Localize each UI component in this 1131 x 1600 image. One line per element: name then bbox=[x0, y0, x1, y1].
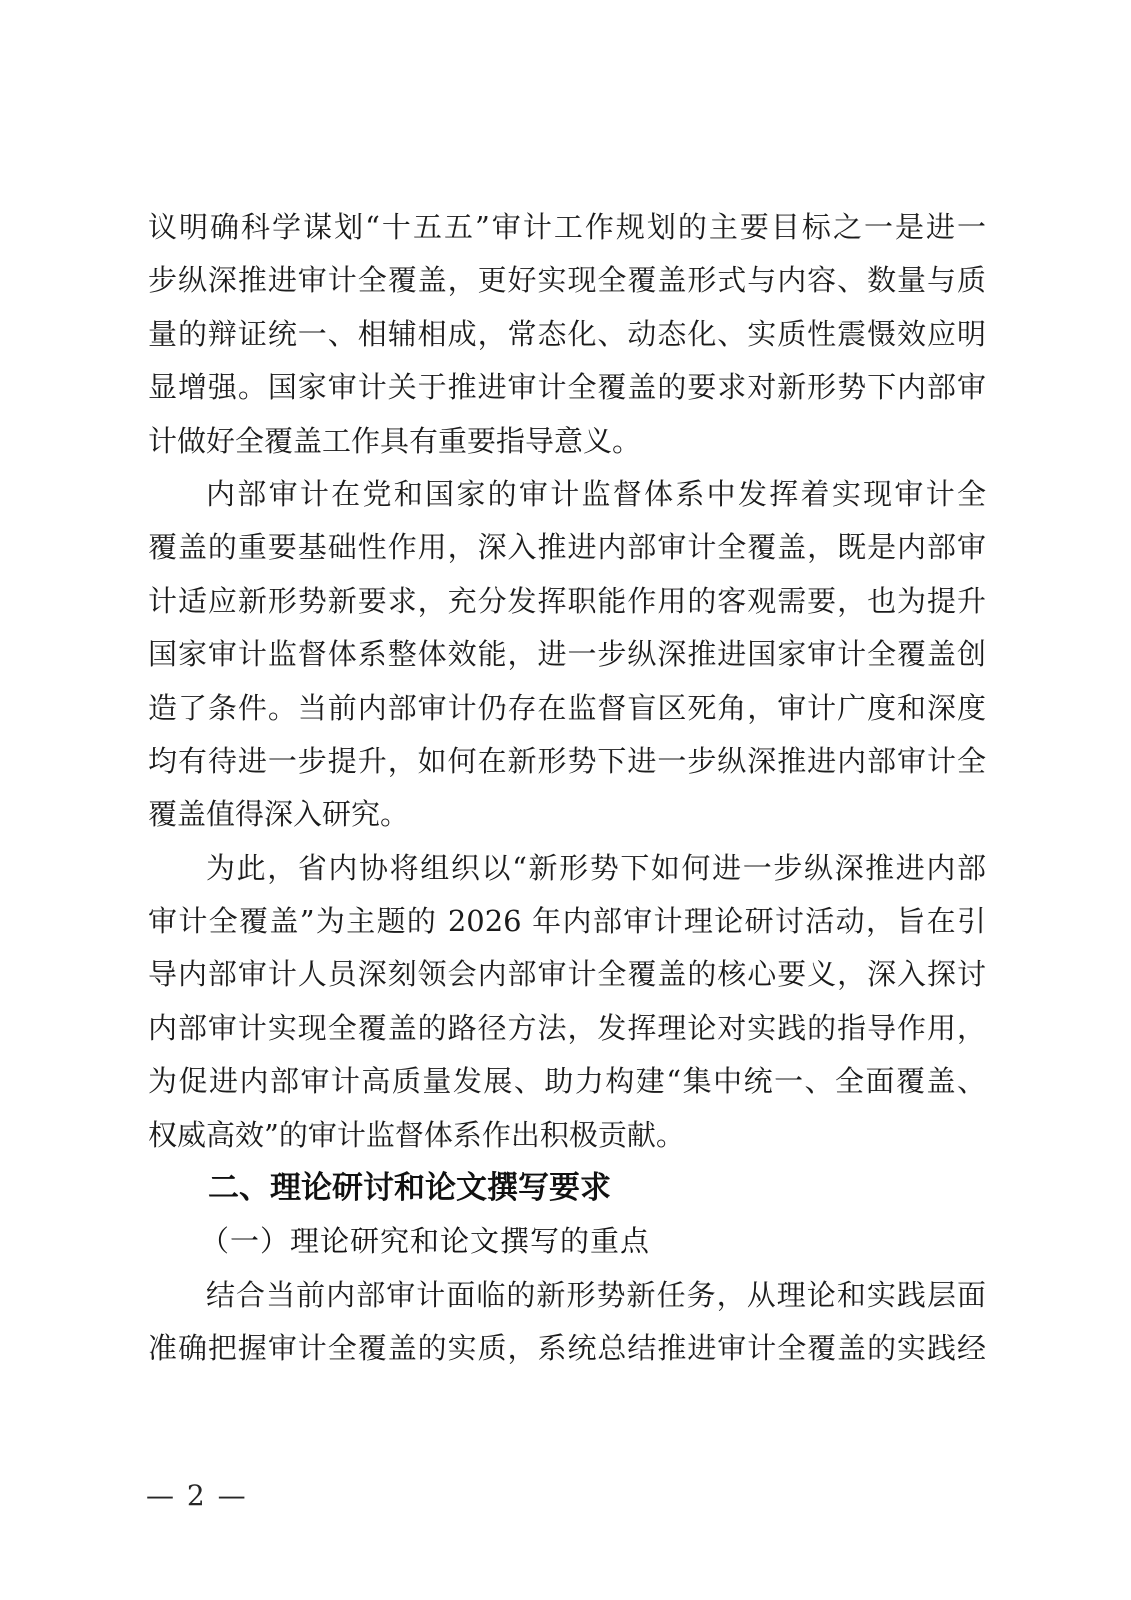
document-page: 议明确科学谋划“十五五”审计工作规划的主要目标之一是进一 步纵深推进审计全覆盖，… bbox=[0, 0, 1131, 1600]
body-line: 覆盖值得深入研究。 bbox=[148, 788, 986, 841]
page-body: 议明确科学谋划“十五五”审计工作规划的主要目标之一是进一 步纵深推进审计全覆盖，… bbox=[148, 201, 986, 1376]
body-line: 内部审计在党和国家的审计监督体系中发挥着实现审计全 bbox=[148, 468, 986, 521]
body-line: 为此，省内协将组织以“新形势下如何进一步纵深推进内部 bbox=[148, 842, 986, 895]
paragraph-3: 为此，省内协将组织以“新形势下如何进一步纵深推进内部 审计全覆盖”为主题的 20… bbox=[148, 842, 986, 1162]
body-line: 量的辩证统一、相辅相成，常态化、动态化、实质性震慑效应明 bbox=[148, 308, 986, 361]
body-line: 步纵深推进审计全覆盖，更好实现全覆盖形式与内容、数量与质 bbox=[148, 254, 986, 307]
section-heading-2: 二、理论研讨和论文撰写要求 bbox=[148, 1162, 986, 1215]
body-line: 议明确科学谋划“十五五”审计工作规划的主要目标之一是进一 bbox=[148, 201, 986, 254]
body-line: 结合当前内部审计面临的新形势新任务，从理论和实践层面 bbox=[148, 1269, 986, 1322]
body-line: 国家审计监督体系整体效能，进一步纵深推进国家审计全覆盖创 bbox=[148, 628, 986, 681]
body-line: 内部审计实现全覆盖的路径方法，发挥理论对实践的指导作用， bbox=[148, 1002, 986, 1055]
body-line: 计做好全覆盖工作具有重要指导意义。 bbox=[148, 415, 986, 468]
paragraph-continuation: 议明确科学谋划“十五五”审计工作规划的主要目标之一是进一 步纵深推进审计全覆盖，… bbox=[148, 201, 986, 468]
subsection-heading-2-1: （一）理论研究和论文撰写的重点 bbox=[148, 1215, 986, 1268]
paragraph-2: 内部审计在党和国家的审计监督体系中发挥着实现审计全 覆盖的重要基础性作用，深入推… bbox=[148, 468, 986, 842]
body-line: 计适应新形势新要求，充分发挥职能作用的客观需要，也为提升 bbox=[148, 575, 986, 628]
body-line: 显增强。国家审计关于推进审计全覆盖的要求对新形势下内部审 bbox=[148, 361, 986, 414]
body-line: 导内部审计人员深刻领会内部审计全覆盖的核心要义，深入探讨 bbox=[148, 948, 986, 1001]
body-line: 准确把握审计全覆盖的实质，系统总结推进审计全覆盖的实践经 bbox=[148, 1322, 986, 1375]
body-line: 为促进内部审计高质量发展、助力构建“集中统一、全面覆盖、 bbox=[148, 1055, 986, 1108]
body-line: 造了条件。当前内部审计仍存在监督盲区死角，审计广度和深度 bbox=[148, 682, 986, 735]
body-line: 均有待进一步提升，如何在新形势下进一步纵深推进内部审计全 bbox=[148, 735, 986, 788]
body-line: 覆盖的重要基础性作用，深入推进内部审计全覆盖，既是内部审 bbox=[148, 521, 986, 574]
body-line: 权威高效”的审计监督体系作出积极贡献。 bbox=[148, 1109, 986, 1162]
page-number: — 2 — bbox=[146, 1478, 248, 1514]
paragraph-4: 结合当前内部审计面临的新形势新任务，从理论和实践层面 准确把握审计全覆盖的实质，… bbox=[148, 1269, 986, 1376]
body-line: 审计全覆盖”为主题的 2026 年内部审计理论研讨活动，旨在引 bbox=[148, 895, 986, 948]
